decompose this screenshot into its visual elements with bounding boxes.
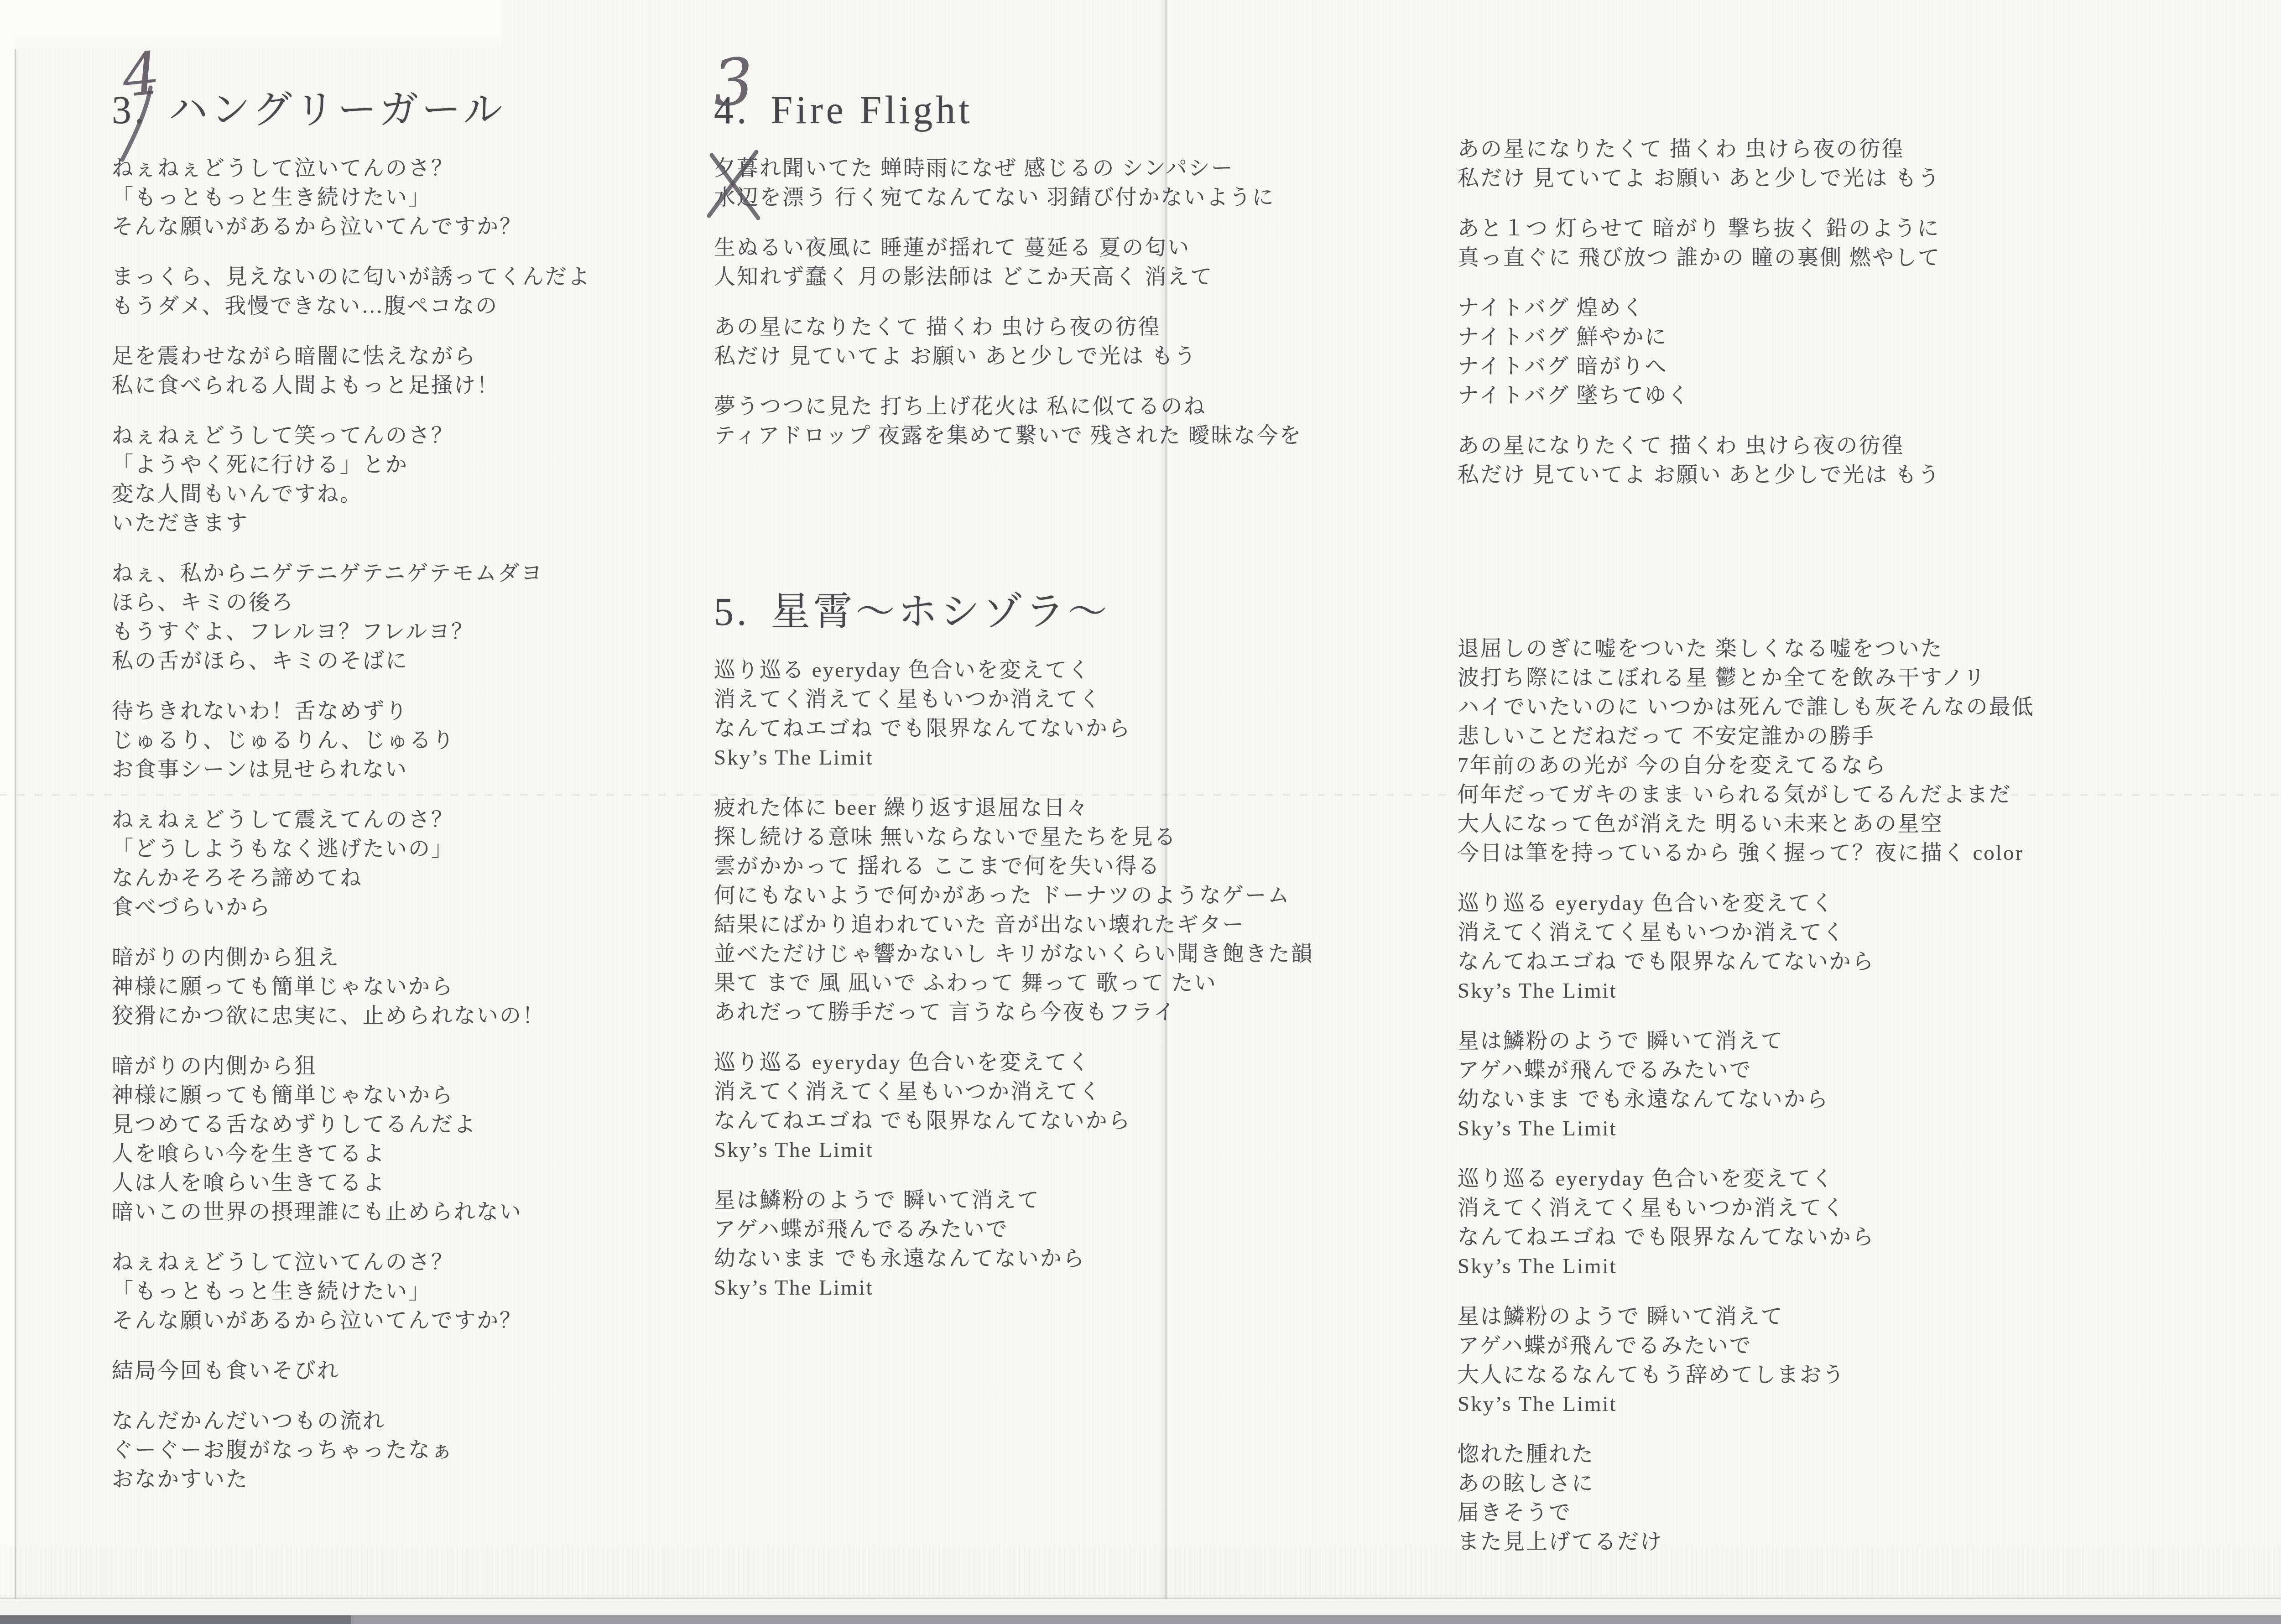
lyrics-line: 「もっともっと生き続けたい」 — [112, 1277, 723, 1306]
lyrics-line: 神様に願っても簡単じゃないから — [112, 972, 723, 1001]
song3-column: 3.ハングリーガール ねぇねぇどうして泣いてんのさ？「もっともっと生き続けたい」… — [112, 84, 723, 1515]
lyrics-line: 消えてく消えてく星もいつか消えてく — [714, 1077, 1462, 1106]
lyrics-line: Sky’s The Limit — [714, 743, 1462, 772]
stanza: ねぇねぇどうして泣いてんのさ？「もっともっと生き続けたい」そんな願いがあるから泣… — [112, 1248, 723, 1335]
lyrics-line: Sky’s The Limit — [714, 1135, 1462, 1165]
lyrics-line: 私だけ 見ていてよ お願い あと少しで光は もう — [1458, 460, 2256, 489]
lyrics-line: 私の舌がほら、キミのそばに — [112, 646, 723, 676]
stanza: 暗がりの内側から狙え神様に願っても簡単じゃないから狡猾にかつ欲に忠実に、止められ… — [112, 943, 723, 1031]
lyrics-line: 何にもないようで何かがあった ドーナツのようなゲーム — [714, 881, 1462, 910]
lyrics-line: 人は人を喰らい生きてるよ — [112, 1168, 723, 1197]
lyrics-line: 私だけ 見ていてよ お願い あと少しで光は もう — [1458, 164, 2256, 193]
song3-title: 3.ハングリーガール — [112, 84, 723, 135]
lyrics-line: 巡り巡る eyeryday 色合いを変えてく — [1458, 889, 2270, 918]
stanza: 巡り巡る eyeryday 色合いを変えてく消えてく消えてく星もいつか消えてくな… — [1458, 889, 2270, 1005]
lyrics-line: なんてねエゴね でも限界なんてないから — [714, 1106, 1462, 1135]
lyrics-line: 幼ないまま でも永遠なんてないから — [714, 1244, 1462, 1273]
lyrics-line: あの星になりたくて 描くわ 虫けら夜の彷徨 — [714, 312, 1462, 342]
lyrics-line: 消えてく消えてく星もいつか消えてく — [1458, 1193, 2270, 1223]
song5-title-text: 星霄～ホシゾラ～ — [771, 590, 1110, 634]
lyrics-line: Sky’s The Limit — [1458, 1390, 2270, 1419]
lyrics-line: 悲しいことだねだって 不安定誰かの勝手 — [1458, 722, 2270, 751]
lyrics-line: なんてねエゴね でも限界なんてないから — [1458, 947, 2270, 976]
song4-column: 4.Fire Flight 夕暮れ聞いてた 蝉時雨になぜ 感じるの シンパシー水… — [714, 84, 1462, 471]
stanza: ナイトバグ 煌めくナイトバグ 鮮やかにナイトバグ 暗がりへナイトバグ 墜ちてゆく — [1458, 293, 2256, 410]
song5-continuation-column: 退屈しのぎに嘘をついた 楽しくなる嘘をついた波打ち際にはこぼれる星 鬱とか全てを… — [1458, 634, 2270, 1577]
lyrics-line: ナイトバグ 鮮やかに — [1458, 323, 2256, 352]
lyrics-line: ねぇねぇどうして泣いてんのさ？ — [112, 154, 723, 183]
stanza: ねぇねぇどうして震えてんのさ？「どうしようもなく逃げたいの」なんかそろそろ諦めて… — [112, 805, 723, 922]
lyrics-line: ねぇ、私からニゲテニゲテニゲテモムダヨ — [112, 559, 723, 588]
lyrics-line: Sky’s The Limit — [1458, 1114, 2270, 1143]
song5-lyrics-right: 退屈しのぎに嘘をついた 楽しくなる嘘をついた波打ち際にはこぼれる星 鬱とか全てを… — [1458, 634, 2270, 1556]
lyrics-line: ティアドロップ 夜露を集めて繋いで 残された 曖昧な今を — [714, 421, 1462, 450]
stanza: 夢うつつに見た 打ち上げ花火は 私に似てるのねティアドロップ 夜露を集めて繋いで… — [714, 392, 1462, 450]
stanza: 巡り巡る eyeryday 色合いを変えてく消えてく消えてく星もいつか消えてくな… — [714, 656, 1462, 772]
lyrics-line: 大人になるなんてもう辞めてしまおう — [1458, 1360, 2270, 1390]
song4-title-text: Fire Flight — [771, 88, 973, 132]
stanza: 待ちきれないわ！舌なめずりじゅるり、じゅるりん、じゅるりお食事シーンは見せられな… — [112, 697, 723, 784]
lyrics-line: 待ちきれないわ！舌なめずり — [112, 697, 723, 726]
lyrics-line: あの星になりたくて 描くわ 虫けら夜の彷徨 — [1458, 431, 2256, 460]
scanned-lyrics-sheet: 3.ハングリーガール ねぇねぇどうして泣いてんのさ？「もっともっと生き続けたい」… — [0, 0, 2281, 1624]
song5-title: 5.星霄～ホシゾラ～ — [714, 586, 1462, 637]
lyrics-line: 暗いこの世界の摂理誰にも止められない — [112, 1197, 723, 1227]
lyrics-line: 波打ち際にはこぼれる星 鬱とか全てを飲み干すノリ — [1458, 663, 2270, 692]
lyrics-line: ハイでいたいのに いつかは死んで誰しも灰そんなの最低 — [1458, 692, 2270, 722]
song4-lyrics-middle: 夕暮れ聞いてた 蝉時雨になぜ 感じるの シンパシー水辺を漂う 行く宛てなんてない… — [714, 154, 1462, 450]
lyrics-line: そんな願いがあるから泣いてんですか？ — [112, 212, 723, 241]
stanza: ねぇねぇどうして泣いてんのさ？「もっともっと生き続けたい」そんな願いがあるから泣… — [112, 154, 723, 241]
lyrics-line: 私だけ 見ていてよ お願い あと少しで光は もう — [714, 342, 1462, 371]
lyrics-line: ナイトバグ 煌めく — [1458, 293, 2256, 323]
lyrics-line: いただきます — [112, 509, 723, 538]
lyrics-line: 人知れず蠢く 月の影法師は どこか天高く 消えて — [714, 262, 1462, 291]
lyrics-line: あの星になりたくて 描くわ 虫けら夜の彷徨 — [1458, 135, 2256, 164]
scan-edge-bottom-bar-dark — [0, 1615, 351, 1624]
stanza: 星は鱗粉のようで 瞬いて消えてアゲハ蝶が飛んでるみたいで幼ないまま でも永遠なん… — [1458, 1026, 2270, 1143]
lyrics-line: 「どうしようもなく逃げたいの」 — [112, 834, 723, 864]
lyrics-line: 夕暮れ聞いてた 蝉時雨になぜ 感じるの シンパシー — [714, 154, 1462, 183]
lyrics-line: 今日は筆を持っているから 強く握って？夜に描く color — [1458, 838, 2270, 868]
lyrics-line: おなかすいた — [112, 1465, 723, 1494]
lyrics-line: ナイトバグ 暗がりへ — [1458, 352, 2256, 381]
stanza: 疲れた体に beer 繰り返す退屈な日々探し続ける意味 無いならないで星たちを見… — [714, 793, 1462, 1027]
lyrics-line: 届きそうで — [1458, 1498, 2270, 1527]
lyrics-line: 幼ないまま でも永遠なんてないから — [1458, 1085, 2270, 1114]
lyrics-line: もうすぐよ、フレルヨ？フレルヨ？ — [112, 617, 723, 646]
song4-title: 4.Fire Flight — [714, 84, 1462, 135]
stanza: 巡り巡る eyeryday 色合いを変えてく消えてく消えてく星もいつか消えてくな… — [1458, 1164, 2270, 1281]
lyrics-line: 結局今回も食いそびれ — [112, 1356, 723, 1385]
scanner-top-margin — [0, 0, 502, 51]
stanza: 生ぬるい夜風に 睡蓮が揺れて 蔓延る 夏の匂い人知れず蠢く 月の影法師は どこか… — [714, 233, 1462, 291]
stanza: あの星になりたくて 描くわ 虫けら夜の彷徨私だけ 見ていてよ お願い あと少しで… — [1458, 135, 2256, 193]
song5-column: 5.星霄～ホシゾラ～ 巡り巡る eyeryday 色合いを変えてく消えてく消えて… — [714, 586, 1462, 1323]
lyrics-line: もうダメ、我慢できない…腹ペコなの — [112, 291, 723, 321]
song5-lyrics-middle: 巡り巡る eyeryday 色合いを変えてく消えてく消えてく星もいつか消えてくな… — [714, 656, 1462, 1302]
lyrics-line: 巡り巡る eyeryday 色合いを変えてく — [714, 656, 1462, 685]
song4-continuation-column: あの星になりたくて 描くわ 虫けら夜の彷徨私だけ 見ていてよ お願い あと少しで… — [1458, 135, 2256, 510]
lyrics-line: 食べづらいから — [112, 893, 723, 922]
lyrics-line: 雲がかかって 揺れる ここまで何を失い得る — [714, 852, 1462, 881]
lyrics-line: 探し続ける意味 無いならないで星たちを見る — [714, 822, 1462, 852]
lyrics-line: あれだって勝手だって 言うなら今夜もフライ — [714, 998, 1462, 1027]
lyrics-line: ほら、キミの後ろ — [112, 588, 723, 617]
lyrics-line: 星は鱗粉のようで 瞬いて消えて — [1458, 1026, 2270, 1056]
lyrics-line: 見つめてる舌なめずりしてるんだよ — [112, 1110, 723, 1139]
lyrics-line: 夢うつつに見た 打ち上げ花火は 私に似てるのね — [714, 392, 1462, 421]
lyrics-line: Sky’s The Limit — [714, 1273, 1462, 1302]
lyrics-line: 「ようやく死に行ける」とか — [112, 450, 723, 479]
lyrics-line: ねぇねぇどうして笑ってんのさ？ — [112, 421, 723, 450]
lyrics-line: そんな願いがあるから泣いてんですか？ — [112, 1306, 723, 1335]
lyrics-line: 結果にばかり追われていた 音が出ない壊れたギター — [714, 910, 1462, 939]
lyrics-line: 水辺を漂う 行く宛てなんてない 羽錆び付かないように — [714, 183, 1462, 212]
stanza: あの星になりたくて 描くわ 虫けら夜の彷徨私だけ 見ていてよ お願い あと少しで… — [714, 312, 1462, 371]
lyrics-line: あと１つ 灯らせて 暗がり 撃ち抜く 鉛のように — [1458, 214, 2256, 243]
lyrics-line: なんかそろそろ諦めてね — [112, 864, 723, 893]
stanza: ねぇ、私からニゲテニゲテニゲテモムダヨほら、キミの後ろもうすぐよ、フレルヨ？フレ… — [112, 559, 723, 676]
stanza: なんだかんだいつもの流れぐーぐーお腹がなっちゃったなぁおなかすいた — [112, 1406, 723, 1494]
lyrics-line: 消えてく消えてく星もいつか消えてく — [1458, 918, 2270, 947]
song4-track-number: 4. — [714, 84, 750, 135]
lyrics-line: 狡猾にかつ欲に忠実に、止められないの！ — [112, 1001, 723, 1031]
lyrics-line: なんだかんだいつもの流れ — [112, 1406, 723, 1436]
stanza: ねぇねぇどうして笑ってんのさ？「ようやく死に行ける」とか変な人間もいんですね。い… — [112, 421, 723, 538]
lyrics-line: Sky’s The Limit — [1458, 976, 2270, 1005]
lyrics-line: アゲハ蝶が飛んでるみたいで — [714, 1215, 1462, 1244]
lyrics-line: 巡り巡る eyeryday 色合いを変えてく — [714, 1048, 1462, 1077]
lyrics-line: 並べただけじゃ響かないし キリがないくらい聞き飽きた韻 — [714, 939, 1462, 968]
lyrics-line: 生ぬるい夜風に 睡蓮が揺れて 蔓延る 夏の匂い — [714, 233, 1462, 262]
lyrics-line: 巡り巡る eyeryday 色合いを変えてく — [1458, 1164, 2270, 1193]
lyrics-line: ナイトバグ 墜ちてゆく — [1458, 381, 2256, 410]
lyrics-line: 変な人間もいんですね。 — [112, 479, 723, 509]
song3-track-number: 3. — [112, 84, 148, 135]
stanza: 暗がりの内側から狙神様に願っても簡単じゃないから見つめてる舌なめずりしてるんだよ… — [112, 1051, 723, 1227]
lyrics-line: 足を震わせながら暗闇に怯えながら — [112, 342, 723, 371]
lyrics-line: 私に食べられる人間よもっと足掻け！ — [112, 371, 723, 400]
lyrics-line: お食事シーンは見せられない — [112, 755, 723, 784]
stanza: 星は鱗粉のようで 瞬いて消えてアゲハ蝶が飛んでるみたいで幼ないまま でも永遠なん… — [714, 1186, 1462, 1302]
lyrics-line: じゅるり、じゅるりん、じゅるり — [112, 726, 723, 755]
lyrics-line: 「もっともっと生き続けたい」 — [112, 183, 723, 212]
lyrics-line: なんてねエゴね でも限界なんてないから — [1458, 1223, 2270, 1252]
song3-lyrics: ねぇねぇどうして泣いてんのさ？「もっともっと生き続けたい」そんな願いがあるから泣… — [112, 154, 723, 1494]
lyrics-line: ぐーぐーお腹がなっちゃったなぁ — [112, 1436, 723, 1465]
lyrics-line: 疲れた体に beer 繰り返す退屈な日々 — [714, 793, 1462, 822]
stanza: 巡り巡る eyeryday 色合いを変えてく消えてく消えてく星もいつか消えてくな… — [714, 1048, 1462, 1165]
stanza: まっくら、見えないのに匂いが誘ってくんだよもうダメ、我慢できない…腹ペコなの — [112, 262, 723, 321]
lyrics-line: 惚れた腫れた — [1458, 1440, 2270, 1469]
paper-edge-left — [15, 49, 16, 1600]
lyrics-line: 7年前のあの光が 今の自分を変えてるなら — [1458, 751, 2270, 780]
stanza: 足を震わせながら暗闇に怯えながら私に食べられる人間よもっと足掻け！ — [112, 342, 723, 400]
lyrics-line: 人を喰らい今を生きてるよ — [112, 1139, 723, 1168]
lyrics-line: Sky’s The Limit — [1458, 1252, 2270, 1281]
lyrics-line: 退屈しのぎに嘘をついた 楽しくなる嘘をついた — [1458, 634, 2270, 663]
song3-title-text: ハングリーガール — [169, 88, 506, 132]
lyrics-line: 暗がりの内側から狙え — [112, 943, 723, 972]
stanza: 星は鱗粉のようで 瞬いて消えてアゲハ蝶が飛んでるみたいで大人になるなんてもう辞め… — [1458, 1302, 2270, 1419]
lyrics-line: また見上げてるだけ — [1458, 1527, 2270, 1556]
lyrics-line: ねぇねぇどうして震えてんのさ？ — [112, 805, 723, 834]
stanza: あと１つ 灯らせて 暗がり 撃ち抜く 鉛のように真っ直ぐに 飛び放つ 誰かの 瞳… — [1458, 214, 2256, 272]
lyrics-line: アゲハ蝶が飛んでるみたいで — [1458, 1331, 2270, 1360]
lyrics-line: 何年だってガキのまま いられる気がしてるんだよまだ — [1458, 780, 2270, 809]
lyrics-line: 暗がりの内側から狙 — [112, 1051, 723, 1081]
lyrics-line: 星は鱗粉のようで 瞬いて消えて — [714, 1186, 1462, 1215]
song5-track-number: 5. — [714, 586, 750, 637]
lyrics-line: まっくら、見えないのに匂いが誘ってくんだよ — [112, 262, 723, 291]
lyrics-line: アゲハ蝶が飛んでるみたいで — [1458, 1056, 2270, 1085]
lyrics-line: 大人になって色が消えた 明るい未来とあの星空 — [1458, 809, 2270, 838]
lyrics-line: 真っ直ぐに 飛び放つ 誰かの 瞳の裏側 燃やして — [1458, 243, 2256, 272]
stanza: 惚れた腫れたあの眩しさに届きそうでまた見上げてるだけ — [1458, 1440, 2270, 1556]
lyrics-line: 星は鱗粉のようで 瞬いて消えて — [1458, 1302, 2270, 1331]
stanza: 夕暮れ聞いてた 蝉時雨になぜ 感じるの シンパシー水辺を漂う 行く宛てなんてない… — [714, 154, 1462, 212]
stanza: あの星になりたくて 描くわ 虫けら夜の彷徨私だけ 見ていてよ お願い あと少しで… — [1458, 431, 2256, 489]
lyrics-line: あの眩しさに — [1458, 1469, 2270, 1498]
lyrics-line: 果て まで 風 凪いで ふわって 舞って 歌って たい — [714, 968, 1462, 998]
lyrics-line: ねぇねぇどうして泣いてんのさ？ — [112, 1248, 723, 1277]
scanner-left-margin — [0, 0, 15, 1624]
lyrics-line: なんてねエゴね でも限界なんてないから — [714, 714, 1462, 743]
stanza: 結局今回も食いそびれ — [112, 1356, 723, 1385]
lyrics-line: 神様に願っても簡単じゃないから — [112, 1081, 723, 1110]
song4-lyrics-right: あの星になりたくて 描くわ 虫けら夜の彷徨私だけ 見ていてよ お願い あと少しで… — [1458, 135, 2256, 489]
stanza: 退屈しのぎに嘘をついた 楽しくなる嘘をついた波打ち際にはこぼれる星 鬱とか全てを… — [1458, 634, 2270, 868]
lyrics-line: 消えてく消えてく星もいつか消えてく — [714, 685, 1462, 714]
